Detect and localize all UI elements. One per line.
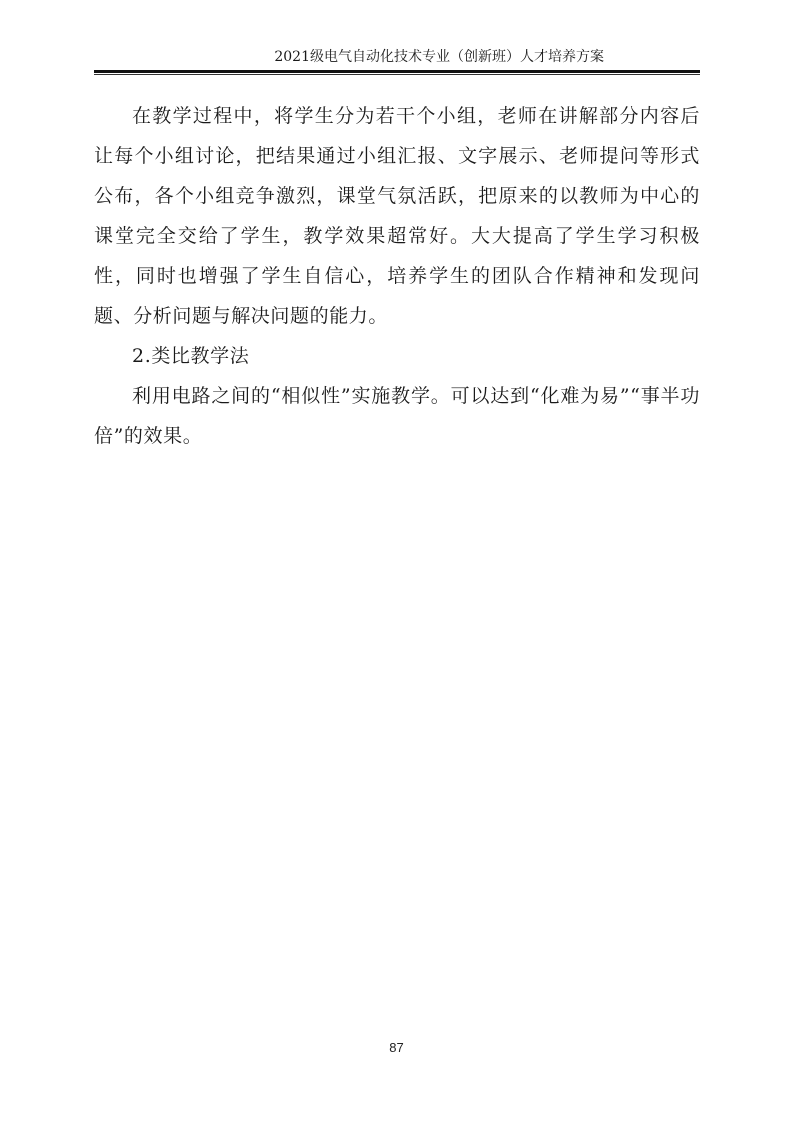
paragraph-analogy-method: 利用电路之间的“相似性”实施教学。可以达到“化难为易”“事半功倍”的效果。 — [94, 376, 700, 456]
section-heading-analogy-method: 2.类比教学法 — [94, 336, 700, 376]
header-rule-thin — [94, 74, 700, 75]
header-rule-thick — [94, 70, 700, 73]
document-body: 在教学过程中，将学生分为若干个小组，老师在讲解部分内容后让每个小组讨论，把结果通… — [94, 96, 700, 456]
paragraph-group-teaching: 在教学过程中，将学生分为若干个小组，老师在讲解部分内容后让每个小组讨论，把结果通… — [94, 96, 700, 336]
header-title: 2021级电气自动化技术专业（创新班）人才培养方案 — [94, 48, 700, 66]
page-number: 87 — [0, 1040, 793, 1055]
page-header: 2021级电气自动化技术专业（创新班）人才培养方案 — [94, 48, 700, 75]
